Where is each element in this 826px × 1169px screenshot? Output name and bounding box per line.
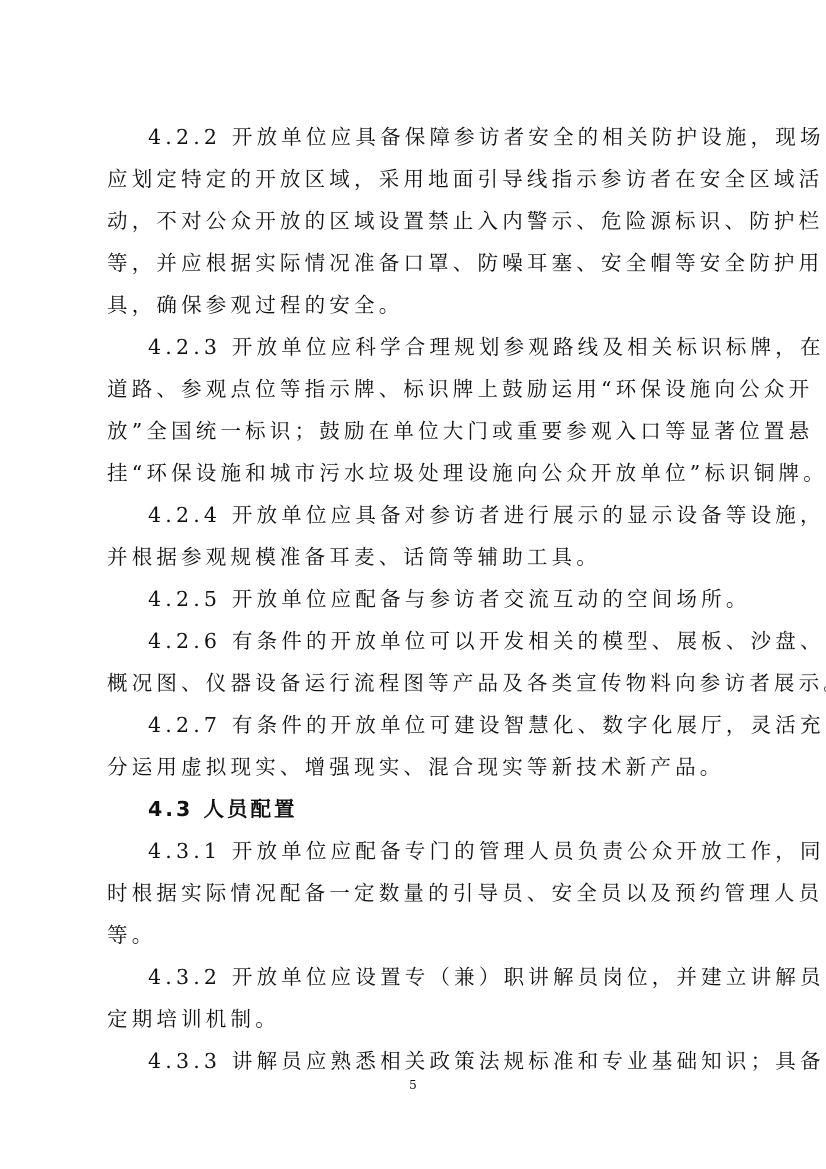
paragraph-line: 概况图、仪器设备运行流程图等产品及各类宣传物料向参访者展示。 [107,668,727,698]
paragraph-line: 时根据实际情况配备一定数量的引导员、安全员以及预约管理人员 [107,878,727,908]
page-number: 5 [0,1078,826,1092]
paragraph-first-line: 4.3.2 开放单位应设置专（兼）职讲解员岗位，并建立讲解员 [148,962,728,992]
paragraph-first-line: 4.3.1 开放单位应配备专门的管理人员负责公众开放工作，同 [148,836,728,866]
document-page: 4.2.2 开放单位应具备保障参访者安全的相关防护设施，现场应划定特定的开放区域… [0,0,826,1169]
paragraph-line: 应划定特定的开放区域，采用地面引导线指示参访者在安全区域活 [107,164,727,194]
paragraph-line: 分运用虚拟现实、增强现实、混合现实等新技术新产品。 [107,752,727,782]
paragraph-first-line: 4.2.6 有条件的开放单位可以开发相关的模型、展板、沙盘、 [148,626,728,656]
paragraph-line: 挂“环保设施和城市污水垃圾处理设施向公众开放单位”标识铜牌。 [107,458,727,488]
paragraph-first-line: 4.3.3 讲解员应熟悉相关政策法规标准和专业基础知识；具备 [148,1046,728,1076]
paragraph-line: 放”全国统一标识；鼓励在单位大门或重要参观入口等显著位置悬 [107,416,727,446]
paragraph-first-line: 4.2.7 有条件的开放单位可建设智慧化、数字化展厅，灵活充 [148,710,728,740]
paragraph-line: 等。 [107,920,727,950]
paragraph-first-line: 4.2.3 开放单位应科学合理规划参观路线及相关标识标牌，在 [148,332,728,362]
paragraph-line: 并根据参观规模准备耳麦、话筒等辅助工具。 [107,542,727,572]
paragraph-line: 道路、参观点位等指示牌、标识牌上鼓励运用“环保设施向公众开 [107,374,727,404]
paragraph-line: 定期培训机制。 [107,1004,727,1034]
section-heading-4-3: 4.3 人员配置 [148,794,297,824]
paragraph-line: 动，不对公众开放的区域设置禁止入内警示、危险源标识、防护栏 [107,206,727,236]
paragraph-first-line: 4.2.5 开放单位应配备与参访者交流互动的空间场所。 [148,584,728,614]
paragraph-line: 具，确保参观过程的安全。 [107,290,727,320]
paragraph-first-line: 4.2.4 开放单位应具备对参访者进行展示的显示设备等设施， [148,500,728,530]
paragraph-line: 等，并应根据实际情况准备口罩、防噪耳塞、安全帽等安全防护用 [107,248,727,278]
paragraph-first-line: 4.2.2 开放单位应具备保障参访者安全的相关防护设施，现场 [148,122,728,152]
